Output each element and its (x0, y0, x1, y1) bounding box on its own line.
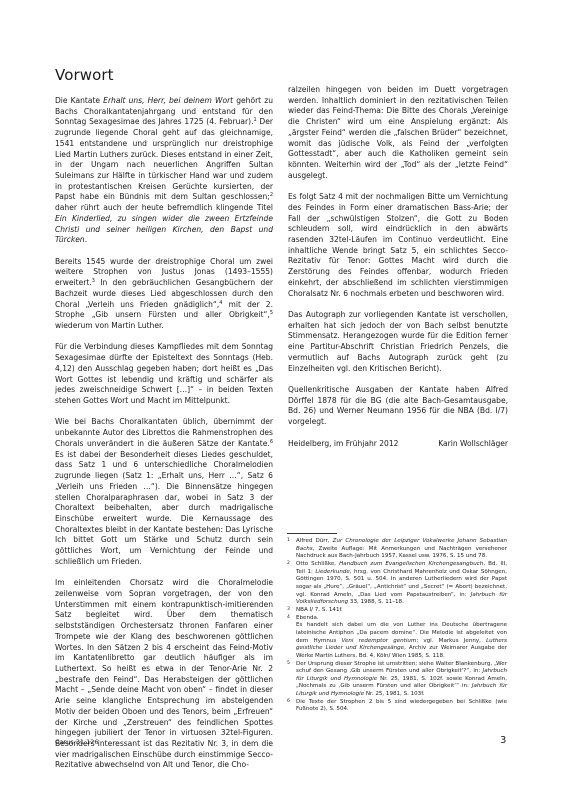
text: Otto Schlißke, (296, 561, 339, 567)
footnote-6: 6Die Texte der Strophen 2 bis 5 sind wie… (287, 699, 507, 714)
author-name: Karin Wollschläger (438, 439, 508, 450)
page-number: 3 (500, 735, 506, 746)
footnote-number: 5 (287, 660, 290, 668)
text: Es ist dabei der Besonderheit dieses Lie… (55, 450, 273, 566)
book-title: Handbuch zum Evangelischen Kirchengesang… (339, 561, 483, 567)
text: 33, 1988, S. 11–18. (348, 599, 404, 605)
signature-line: Heidelberg, im Frühjahr 2012 Karin Wolls… (288, 439, 508, 450)
text: Nr. 25, 1981, S. 103f. (364, 691, 424, 697)
page-title: Vorwort (55, 66, 114, 84)
song-title: Ein Kinderlied, zu singen wider die zwee… (55, 214, 273, 244)
paragraph-1: Die Kantate Erhalt uns, Herr, bei deinem… (55, 96, 273, 246)
footnote-4-continuation: Es handelt sich dabei um die von Luther … (296, 622, 507, 660)
footnote-2: 2Otto Schlißke, Handbuch zum Evangelisch… (287, 561, 507, 607)
paragraph-4: Wie bei Bachs Choralkantaten üblich, übe… (55, 417, 273, 567)
text: Die Kantate (55, 96, 103, 105)
footnote-number: 1 (287, 537, 290, 545)
text: Die Texte der Strophen 2 bis 5 sind wied… (296, 699, 507, 713)
paragraph-7: Es folgt Satz 4 mit der nochmaligen Bitt… (288, 192, 508, 299)
paragraph-3: Für die Verbindung dieses Kampfliedes mi… (55, 342, 273, 406)
footnote-ref-5[interactable]: 5 (270, 310, 273, 316)
left-column: Die Kantate Erhalt uns, Herr, bei deinem… (55, 96, 273, 771)
text: Wie bei Bachs Choralkantaten üblich, übe… (55, 417, 273, 447)
footnote-number: 2 (287, 560, 290, 568)
footnote-number: 4 (287, 614, 290, 622)
paragraph-6: ralzeilen hingegen von beiden im Duett v… (288, 85, 508, 181)
text: NBA I/ 7, S. 141f. (296, 607, 343, 613)
text: daher rührt auch der heute befremdlich k… (55, 203, 273, 212)
book-title: Liederkunde (315, 569, 349, 575)
document-page: Vorwort Die Kantate Erhalt uns, Herr, be… (0, 0, 575, 800)
footnote-1: 1Alfred Dürr, Zur Chronologie der Leipzi… (287, 538, 507, 561)
footnote-4: 4Ebenda.Es handelt sich dabei um die von… (287, 615, 507, 661)
footnote-number: 6 (287, 698, 290, 706)
text: Alfred Dürr, (296, 538, 333, 544)
catalog-number: Carus 31.126 (55, 738, 99, 746)
footnote-3: 3NBA I/ 7, S. 141f. (287, 607, 507, 615)
text: Der Ursprung dieser Strophe ist umstritt… (296, 661, 507, 675)
footnote-separator (287, 533, 337, 534)
footnote-ref-2[interactable]: 2 (270, 192, 273, 198)
footnote-5: 5Der Ursprung dieser Strophe ist umstrit… (287, 661, 507, 699)
paragraph-2: Bereits 1545 wurde der dreistrophige Cho… (55, 257, 273, 332)
footnotes: 1Alfred Dürr, Zur Chronologie der Leipzi… (287, 538, 507, 714)
hymn-title: Veni redemptor gentium (342, 638, 417, 644)
place-date: Heidelberg, im Frühjahr 2012 (288, 439, 398, 450)
footnote-number: 3 (287, 606, 290, 614)
text: ; vgl. Markus Jenny, (416, 638, 486, 644)
text: wiederum von Martin Luther. (55, 321, 164, 330)
footnote-ref-6[interactable]: 6 (270, 439, 273, 445)
text: Der zugrunde liegende Choral geht auf da… (55, 117, 273, 201)
cantata-title: Erhalt uns, Herr, bei deinem Wort (103, 96, 233, 105)
right-column: ralzeilen hingegen von beiden im Duett v… (288, 85, 508, 449)
text: . (85, 235, 87, 244)
paragraph-9: Quellenkritische Ausgaben der Kantate ha… (288, 385, 508, 428)
paragraph-8: Das Autograph zur vorliegenden Kantate i… (288, 310, 508, 374)
text: , Zweite Auflage: Mit Anmerkungen und Na… (296, 546, 507, 560)
text: Ebenda. (296, 615, 319, 621)
